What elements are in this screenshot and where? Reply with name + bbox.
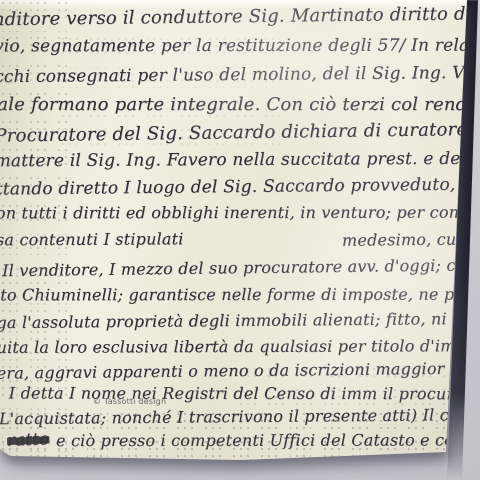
manuscript-line: nditore verso il conduttore Sig. Martina… (0, 3, 480, 31)
manuscript-line: e ciò presso i competenti Uffici del Cat… (56, 430, 480, 450)
manuscript-line: to Chiuminelli; garantisce nelle forme d… (0, 285, 472, 305)
manuscript-line: Procuratore del Sig. Saccardo dichiara d… (0, 118, 480, 146)
manuscript-line: I detta I nome nei Registri del Censo di… (9, 383, 480, 403)
manuscript-line: vio, segnatamente per la restituzione de… (0, 35, 480, 56)
manuscript-line: sa contenuti I stipulati (0, 229, 184, 249)
manuscript-line: ale formano parte integrale. Con ciò ter… (0, 94, 480, 115)
napkin-shadow-wrap: nditore verso il conduttore Sig. Martina… (0, 0, 480, 480)
manuscript-line: era, aggravi apparenti o meno o da iscri… (0, 358, 480, 382)
manuscript-line: Il venditore, I mezzo del suo procurator… (2, 255, 480, 281)
scribbled-out-word: ratto (7, 429, 50, 451)
manuscript-line: ga l'assoluta proprietà degli immobili a… (0, 309, 480, 332)
photo-background: nditore verso il conduttore Sig. Martina… (0, 0, 480, 480)
manuscript-line: on tutti i diritti ed obblighi inerenti,… (0, 203, 470, 223)
manuscript-line: mattere il Sig. Ing. Favero nella succit… (0, 149, 480, 172)
manuscript-line: uita la loro esclusiva libertà da qualsi… (0, 336, 474, 357)
manuscript-line: L'acquistata; nonché I trascrivono il pr… (0, 405, 480, 429)
manuscript-text-block: nditore verso il conduttore Sig. Martina… (0, 0, 480, 480)
watermark-text: © Tassotti design (93, 397, 166, 406)
manuscript-line: cchi consegnati per l'uso del molino, de… (0, 63, 480, 87)
manuscript-line: medesimo, cui (342, 230, 462, 250)
manuscript-line: ttando diretto I luogo del Sig. Saccardo… (0, 174, 480, 199)
napkin: nditore verso il conduttore Sig. Martina… (0, 0, 480, 480)
